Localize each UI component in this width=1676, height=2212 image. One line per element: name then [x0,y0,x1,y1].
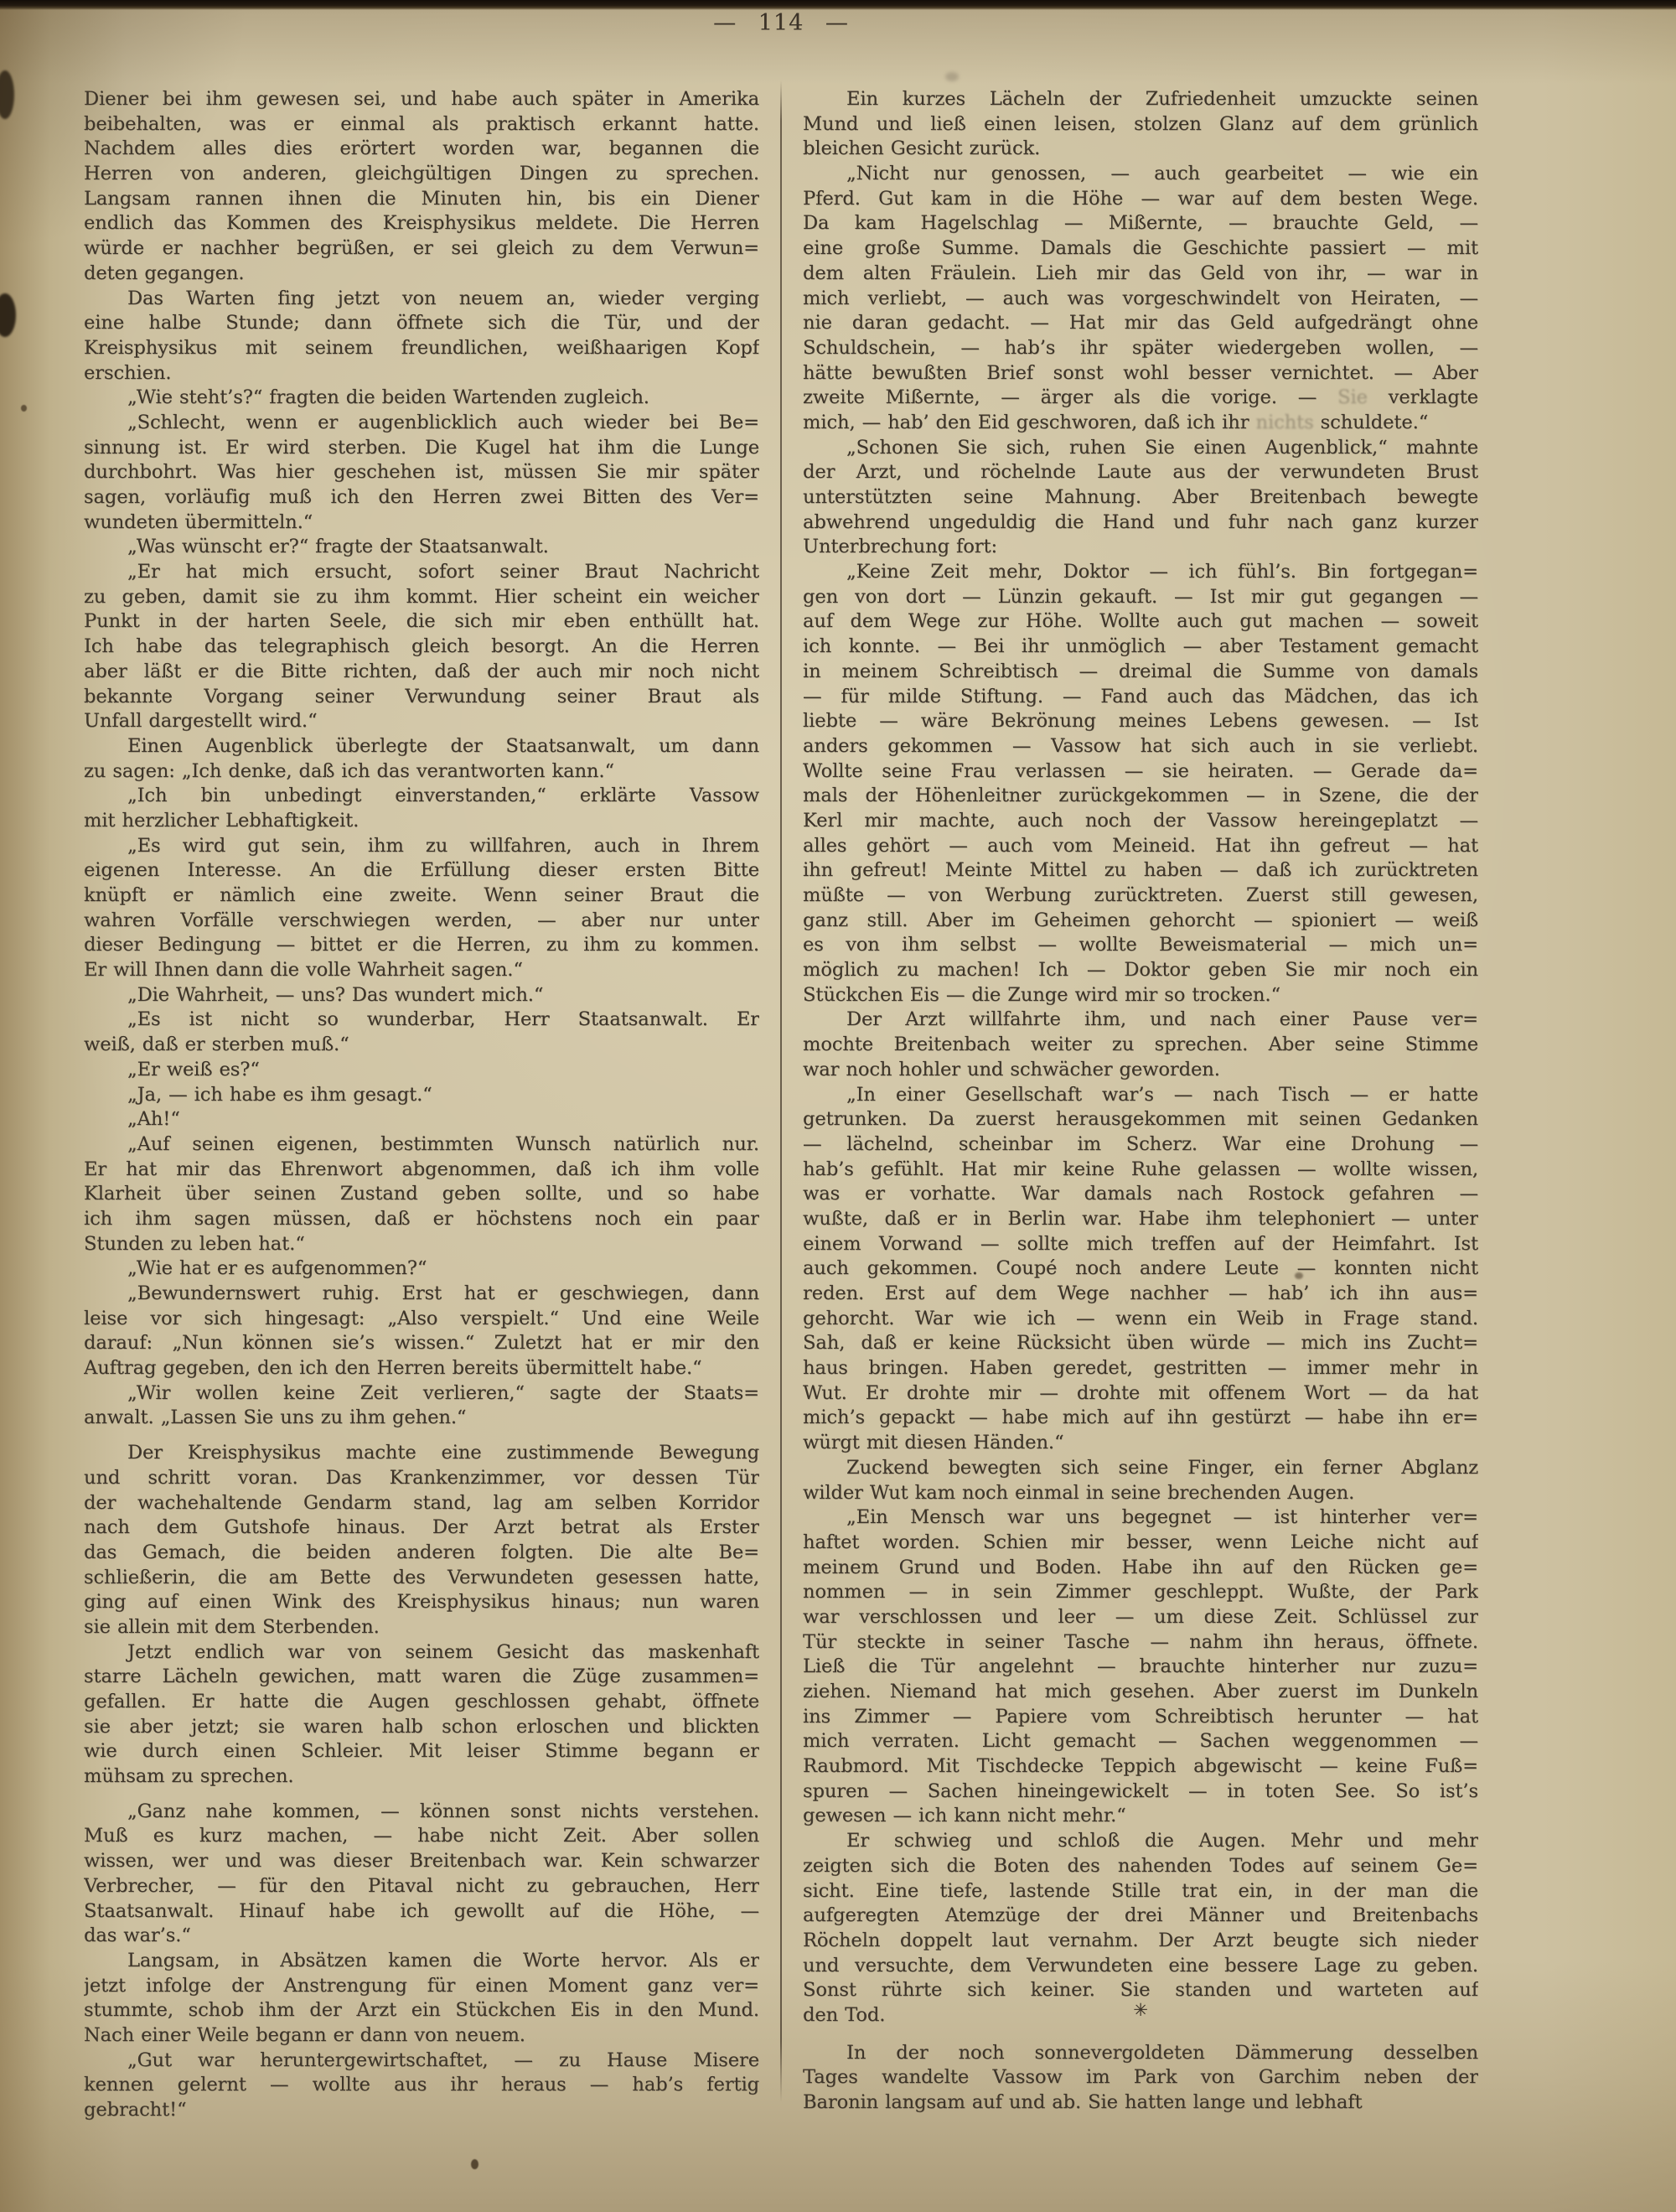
text-line: endlich das Kommen des Kreisphysikus mel… [84,211,759,236]
text-line: Schuldschein, — hab’s ihr später wiederg… [803,336,1478,361]
text-line: spuren — Sachen hineingewickelt — in tot… [803,1779,1478,1805]
text-line: — für milde Stiftung. — Fand auch das Mä… [803,685,1478,710]
text-line: Muß es kurz machen, — habe nicht Zeit. A… [84,1824,759,1849]
paragraph: Langsam, in Absätzen kamen die Worte her… [84,1949,759,2049]
text-line: der Arzt, und röchelnde Laute aus der ve… [803,460,1478,485]
paragraph: Diener bei ihm gewesen sei, und habe auc… [84,87,759,287]
text-line: Der Kreisphysikus machte eine zustimmend… [84,1441,759,1466]
paragraph: „Ein Mensch war uns begegnet — ist hinte… [803,1505,1478,1829]
text-line: „Ganz nahe kommen, — können sonst nichts… [84,1800,759,1825]
text-line: mals der Höhenleitner zurückgekommen — i… [803,784,1478,809]
text-line: Kerl mir machte, auch noch der Vassow he… [803,809,1478,834]
text-line: eine große Summe. Damals die Geschichte … [803,236,1478,262]
text-line: „Schlecht, wenn er augenblicklich auch w… [84,411,759,436]
paragraph: „Die Wahrheit, — uns? Das wundert mich.“ [84,983,759,1008]
text-line: getrunken. Da zuerst herausgekommen mit … [803,1107,1478,1132]
text-line: anwalt. „Lassen Sie uns zu ihm gehen.“ [84,1406,759,1431]
paragraph: In der noch sonnevergoldeten Dämmerung d… [803,2041,1478,2116]
text-line: „Schonen Sie sich, ruhen Sie einen Augen… [803,436,1478,461]
text-line: aufgeregten Atemzüge der drei Männer und… [803,1904,1478,1929]
text-line: „Nicht nur genossen, — auch gearbeitet —… [803,162,1478,187]
scan-edge-top [0,0,1676,10]
text-line: beibehalten, was er einmal als praktisch… [84,112,759,137]
text-line: wissen, wer und was dieser Breitenbach w… [84,1849,759,1874]
paragraph: „Was wünscht er?“ fragte der Staatsanwal… [84,535,759,560]
text-line: „Ein Mensch war uns begegnet — ist hinte… [803,1505,1478,1531]
text-line: Er schwieg und schloß die Augen. Mehr un… [803,1829,1478,1854]
paragraph: Der Kreisphysikus machte eine zustimmend… [84,1441,759,1640]
text-line: stummte, schob ihm der Arzt ein Stückche… [84,1998,759,2023]
paragraph: „Schlecht, wenn er augenblicklich auch w… [84,411,759,535]
text-line: Er will Ihnen dann die volle Wahrheit sa… [84,958,759,983]
ink-stain [0,293,16,337]
paragraph: „Ich bin unbedingt einverstanden,“ erklä… [84,784,759,833]
paragraph: „Er weiß es?“ [84,1058,759,1083]
text-line: gen von dort — Lünzin gekauft. — Ist mir… [803,585,1478,610]
text-line: gehorcht. War wie ich — wenn ein Weib in… [803,1307,1478,1332]
text-line: alles gehört — auch vom Meineid. Hat ihn… [803,834,1478,859]
text-line: mit herzlicher Lebhaftigkeit. [84,809,759,834]
text-line: Tür steckte in seiner Tasche — nahm ihn … [803,1630,1478,1655]
text-line: Pferd. Gut kam in die Höhe — war auf dem… [803,187,1478,212]
text-line: unterstützten seine Mahnung. Aber Breite… [803,485,1478,510]
text-line: „Ich bin unbedingt einverstanden,“ erklä… [84,784,759,809]
text-line: haftet worden. Schien mir besser, wenn L… [803,1531,1478,1556]
text-line: nommen — in sein Zimmer geschleppt. Wußt… [803,1580,1478,1605]
text-line: hab’s gefühlt. Hat mir keine Ruhe gelass… [803,1158,1478,1183]
text-line: gebracht!“ [84,2098,759,2123]
text-line: Ließ die Tür angelehnt — brauchte hinter… [803,1655,1478,1680]
text-line: leise vor sich hingesagt: „Also verspiel… [84,1307,759,1332]
text-line: Da kam Hagelschlag — Mißernte, — braucht… [803,211,1478,236]
text-line: In der noch sonnevergoldeten Dämmerung d… [803,2041,1478,2066]
text-line: ziehen. Niemand hat mich gesehen. Aber z… [803,1680,1478,1705]
text-line: eigenen Interesse. An die Erfüllung dies… [84,858,759,883]
text-line: abwehrend ungeduldig die Hand und fuhr n… [803,510,1478,536]
text-line: Stunden zu leben hat.“ [84,1232,759,1257]
text-line: möglich zu machen! Ich — Doktor geben Si… [803,958,1478,983]
text-line: der wachehaltende Gendarm stand, lag am … [84,1491,759,1516]
text-line: würgt mit diesen Händen.“ [803,1431,1478,1456]
text-line: Einen Augenblick überlegte der Staatsanw… [84,734,759,759]
text-line: gewesen — ich kann nicht mehr.“ [803,1804,1478,1829]
text-line: „Er hat mich ersucht, sofort seiner Brau… [84,560,759,585]
paragraph: „Keine Zeit mehr, Doktor — ich fühl’s. B… [803,560,1478,1008]
paragraph: „Wie hat er es aufgenommen?“ [84,1256,759,1282]
text-line: das Gemach, die beiden anderen folgten. … [84,1541,759,1566]
text-line: wahren Vorfälle verschwiegen werden, — a… [84,909,759,934]
text-line: liebte — wäre Bekrönung meines Lebens ge… [803,709,1478,734]
faded-word: Sie [1337,386,1368,408]
text-line: auf dem Wege zur Höhe. Wollte auch gut m… [803,609,1478,635]
paragraph: „In einer Gesellschaft war’s — nach Tisc… [803,1083,1478,1456]
paragraph: „Ah!“ [84,1107,759,1132]
text-line: und versuchte, dem Verwundeten eine bess… [803,1954,1478,1979]
paragraph: Das Warten fing jetzt von neuem an, wied… [84,287,759,386]
text-line: durchbohrt. Was hier geschehen ist, müss… [84,460,759,485]
text-line: sie allein mit dem Sterbenden. [84,1615,759,1640]
text-line: Staatsanwalt. Hinauf habe ich gewollt au… [84,1899,759,1924]
paragraph: Zuckend bewegten sich seine Finger, ein … [803,1456,1478,1505]
text-line: Raubmord. Mit Tischdecke Teppich abgewis… [803,1754,1478,1779]
text-line: Langsam rannen ihnen die Minuten hin, bi… [84,187,759,212]
text-line: wundeten übermitteln.“ [84,510,759,536]
paragraph: Er schwieg und schloß die Augen. Mehr un… [803,1829,1478,2028]
paper-speck [945,72,959,81]
text-line: erschien. [84,361,759,386]
text-line: — lächelnd, scheinbar im Scherz. War ein… [803,1132,1478,1158]
text-line: zeigten sich die Boten des nahenden Tode… [803,1854,1478,1879]
column-divider-rule [780,80,782,2102]
text-line: nie daran gedacht. — Hat mir das Geld au… [803,311,1478,336]
text-line: dem alten Fräulein. Lieh mir das Geld vo… [803,262,1478,287]
paragraph: „Ja, — ich habe es ihm gesagt.“ [84,1083,759,1108]
text-line: mich verliebt, — auch was vorgeschwindel… [803,287,1478,312]
text-line: Diener bei ihm gewesen sei, und habe auc… [84,87,759,112]
text-line: „Was wünscht er?“ fragte der Staatsanwal… [84,535,759,560]
paragraph: „Auf seinen eigenen, bestimmten Wunsch n… [84,1132,759,1256]
text-line: einem Vorwand — sollte mich treffen auf … [803,1232,1478,1257]
text-line: auch gekommen. Coupé noch andere Leute —… [803,1256,1478,1282]
text-line: „In einer Gesellschaft war’s — nach Tisc… [803,1083,1478,1108]
paragraph: „Es wird gut sein, ihm zu willfahren, au… [84,834,759,983]
text-line: Tages wandelte Vassow im Park von Garchi… [803,2065,1478,2090]
text-column-right: Ein kurzes Lächeln der Zufriedenheit umz… [803,87,1478,2116]
text-line: Sah, daß er keine Rücksicht üben würde —… [803,1331,1478,1356]
text-line: und schritt voran. Das Krankenzimmer, vo… [84,1466,759,1491]
paragraph: „Wie steht’s?“ fragten die beiden Warten… [84,386,759,411]
text-line: mich’s gepackt — habe mich auf ihn gestü… [803,1406,1478,1431]
text-line: deten gegangen. [84,262,759,287]
scanned-book-page: — 114 — Diener bei ihm gewesen sei, und … [0,0,1676,2212]
text-line: sicht. Eine tiefe, lastende Stille trat … [803,1879,1478,1904]
text-line: kennen gelernt — wollte aus ihr heraus —… [84,2073,759,2098]
text-line: „Die Wahrheit, — uns? Das wundert mich.“ [84,983,759,1008]
text-line: „Ja, — ich habe es ihm gesagt.“ [84,1083,759,1108]
text-line: weiß, daß er sterben muß.“ [84,1033,759,1058]
paragraph: „Es ist nicht so wunderbar, Herr Staatsa… [84,1008,759,1057]
text-line: wilder Wut kam noch einmal in seine brec… [803,1481,1478,1506]
text-line: müßte — von Werbung zurücktreten. Zuerst… [803,883,1478,909]
text-line: würde er nachher begrüßen, er sei gleich… [84,236,759,262]
text-line: Nach einer Weile begann er dann von neue… [84,2023,759,2049]
text-line: Ich habe das telegraphisch gleich besorg… [84,635,759,660]
text-line: sinnung ist. Er wird sterben. Die Kugel … [84,436,759,461]
text-line: darauf: „Nun können sie’s wissen.“ Zulet… [84,1331,759,1356]
paragraph: „Wir wollen keine Zeit verlieren,“ sagte… [84,1381,759,1431]
text-line: Das Warten fing jetzt von neuem an, wied… [84,287,759,312]
text-line: Mund und ließ einen leisen, stolzen Glan… [803,112,1478,137]
text-line: ganz still. Aber im Geheimen gehorcht — … [803,909,1478,934]
text-line: mühsam zu sprechen. [84,1764,759,1790]
text-line: Unfall dargestellt wird.“ [84,709,759,734]
text-line: ihn gefreut! Meinte Mittel zu haben — da… [803,858,1478,883]
text-line: dieser Bedingung — bittet er die Herren,… [84,933,759,958]
text-line: Zuckend bewegten sich seine Finger, ein … [803,1456,1478,1481]
paragraph: Einen Augenblick überlegte der Staatsanw… [84,734,759,784]
page-number: — 114 — [84,10,1478,36]
text-line: „Gut war heruntergewirtschaftet, — zu Ha… [84,2049,759,2074]
text-line: ich konnte. — Bei ihr unmöglich — aber T… [803,635,1478,660]
text-column-left: Diener bei ihm gewesen sei, und habe auc… [84,87,759,2123]
paragraph: „Er hat mich ersucht, sofort seiner Brau… [84,560,759,734]
text-line: mochte Breitenbach weiter zu sprechen. A… [803,1033,1478,1058]
text-line: in meinem Schreibtisch — dreimal die Sum… [803,660,1478,685]
text-line: „Es ist nicht so wunderbar, Herr Staatsa… [84,1008,759,1033]
text-line: Stückchen Eis — die Zunge wird mir so tr… [803,983,1478,1008]
paper-speck [21,405,27,412]
text-line: „Wie hat er es aufgenommen?“ [84,1256,759,1282]
text-line: bekannte Vorgang seiner Verwundung seine… [84,685,759,710]
text-line: es von ihm selbst — wollte Beweismateria… [803,933,1478,958]
text-line: „Ah!“ [84,1107,759,1132]
text-line: reden. Erst auf dem Wege nachher — hab’ … [803,1282,1478,1307]
text-line: „Wie steht’s?“ fragten die beiden Warten… [84,386,759,411]
paragraph: „Bewundernswert ruhig. Erst hat er gesch… [84,1282,759,1381]
text-line: Verbrecher, — für den Pitaval nicht zu g… [84,1874,759,1899]
ink-stain [0,70,14,119]
text-line: Jetzt endlich war von seinem Gesicht das… [84,1640,759,1665]
text-line: Unterbrechung fort: [803,535,1478,560]
text-line: Langsam, in Absätzen kamen die Worte her… [84,1949,759,1974]
text-line: „Er weiß es?“ [84,1058,759,1083]
paragraph: „Gut war heruntergewirtschaftet, — zu Ha… [84,2049,759,2123]
text-line: zu geben, damit sie zu ihm kommt. Hier s… [84,585,759,610]
text-line: Punkt in der harten Seele, die sich mir … [84,609,759,635]
text-line: knüpft er nämlich eine zweite. Wenn sein… [84,883,759,909]
text-line: Baronin langsam auf und ab. Sie hatten l… [803,2090,1478,2116]
text-line: „Auf seinen eigenen, bestimmten Wunsch n… [84,1132,759,1158]
paragraph: „Ganz nahe kommen, — können sonst nichts… [84,1800,759,1949]
text-line: was er vorhatte. War damals nach Rostock… [803,1182,1478,1207]
text-line: Röcheln doppelt laut vernahm. Der Arzt b… [803,1929,1478,1954]
text-line: Auftrag gegeben, den ich den Herren bere… [84,1356,759,1381]
paragraph: „Nicht nur genossen, — auch gearbeitet —… [803,162,1478,436]
text-line: mich, — hab’ den Eid geschworen, daß ich… [803,411,1478,436]
faded-word: nichts [1256,412,1314,433]
paper-speck [471,2159,478,2169]
text-line: das war’s.“ [84,1924,759,1949]
text-line: Er hat mir das Ehrenwort abgenommen, daß… [84,1158,759,1183]
text-line: „Bewundernswert ruhig. Erst hat er gesch… [84,1282,759,1307]
text-line: starre Lächeln gewichen, matt waren die … [84,1665,759,1690]
text-line: Der Arzt willfahrte ihm, und nach einer … [803,1008,1478,1033]
text-line: mich verraten. Licht gemacht — Sachen we… [803,1729,1478,1754]
text-line: ins Zimmer — Papiere vom Schreibtisch he… [803,1705,1478,1730]
text-line: anders gekommen — Vassow hat sich auch i… [803,734,1478,759]
text-line: „Es wird gut sein, ihm zu willfahren, au… [84,834,759,859]
text-line: „Wir wollen keine Zeit verlieren,“ sagte… [84,1381,759,1406]
text-line: Wollte seine Frau verlassen — sie heirat… [803,759,1478,785]
text-line: zu sagen: „Ich denke, daß ich das verant… [84,759,759,785]
text-line: Herren von anderen, gleichgültigen Dinge… [84,162,759,187]
section-separator-star: ✳ [803,2000,1478,2020]
text-line: gefallen. Er hatte die Augen geschlossen… [84,1690,759,1715]
text-line: meinem Grund und Boden. Habe ihn auf den… [803,1556,1478,1581]
text-line: Ein kurzes Lächeln der Zufriedenheit umz… [803,87,1478,112]
text-line: Nachdem alles dies erörtert worden war, … [84,137,759,162]
text-line: eine halbe Stunde; dann öffnete sich die… [84,311,759,336]
text-line: ging auf einen Wink des Kreisphysikus hi… [84,1590,759,1615]
paragraph: Ein kurzes Lächeln der Zufriedenheit umz… [803,87,1478,162]
text-line: Wut. Er drohte mir — drohte mit offenem … [803,1381,1478,1406]
text-line: schließerin, die am Bette des Verwundete… [84,1566,759,1591]
text-line: Klarheit über seinen Zustand geben sollt… [84,1182,759,1207]
paragraph: Der Arzt willfahrte ihm, und nach einer … [803,1008,1478,1082]
text-line: sie aber jetzt; sie waren halb schon erl… [84,1715,759,1740]
text-line: wie durch einen Schleier. Mit leiser Sti… [84,1739,759,1764]
text-line: bleichen Gesicht zurück. [803,137,1478,162]
text-line: war verschlossen und leer — um diese Zei… [803,1605,1478,1630]
text-line: wußte, daß er in Berlin war. Habe ihm te… [803,1207,1478,1232]
text-line: Kreisphysikus mit seinem freundlichen, w… [84,336,759,361]
text-line: sagen, vorläufig muß ich den Herren zwei… [84,485,759,510]
text-line: haus bringen. Haben geredet, gestritten … [803,1356,1478,1381]
text-line: ich ihm sagen müssen, daß er höchstens n… [84,1207,759,1232]
text-line: zweite Mißernte, — ärger als die vorige.… [803,386,1478,411]
text-line: war noch hohler und schwächer geworden. [803,1058,1478,1083]
text-line: hätte bewußten Brief sonst wohl besser v… [803,361,1478,386]
text-line: nach dem Gutshofe hinaus. Der Arzt betra… [84,1515,759,1541]
text-line: jetzt infolge der Anstrengung für einen … [84,1974,759,1999]
text-line: „Keine Zeit mehr, Doktor — ich fühl’s. B… [803,560,1478,585]
text-line: aber läßt er die Bitte richten, daß der … [84,660,759,685]
paragraph: „Schonen Sie sich, ruhen Sie einen Augen… [803,436,1478,560]
paragraph: Jetzt endlich war von seinem Gesicht das… [84,1640,759,1790]
